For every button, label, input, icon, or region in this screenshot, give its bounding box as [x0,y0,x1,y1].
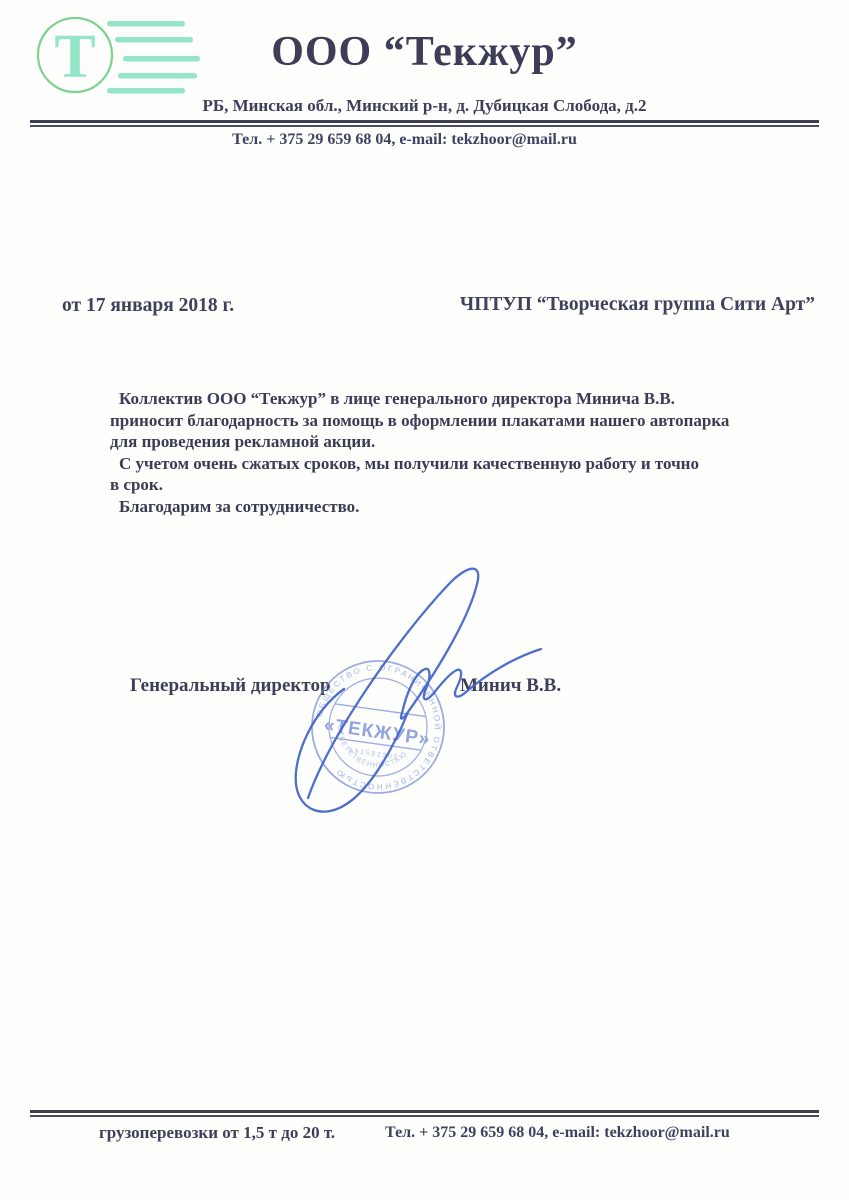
signatory-position: Генеральный директор [130,675,331,697]
letter-body: Коллектив ООО “Текжур” в лице генерально… [110,388,816,517]
header-divider [30,120,819,127]
stamp-number: 691582305 [349,747,400,761]
stamp-inner-arc-text: ОТВЕТСТВЕННОСТЬЮ [331,724,412,773]
footer-contact: Тел. + 375 29 659 68 04, e-mail: tekzhoo… [385,1124,730,1142]
footer-divider [30,1110,819,1117]
scanned-letter-page: Т ООО “Текжур” РБ, Минская обл., Минский… [0,0,849,1200]
letter-paragraph: Благодарим за сотрудничество. [110,496,816,518]
letter-paragraph: Коллектив ООО “Текжур” в лице генерально… [110,388,816,453]
signatory-name: Минич В.В. [460,675,561,697]
company-contact: Тел. + 375 29 659 68 04, e-mail: tekzhoo… [0,131,809,149]
stamp-company-name: «ТЕКЖУР» [323,715,432,751]
company-address: РБ, Минская обл., Минский р-н, д. Дубицк… [0,96,849,116]
letter-recipient: ЧПТУП “Творческая группа Сити Арт” [460,294,815,316]
letter-date: от 17 января 2018 г. [62,295,234,317]
footer-services: грузоперевозки от 1,5 т до 20 т. [99,1123,335,1143]
letter-paragraph: С учетом очень сжатых сроков, мы получил… [110,453,816,496]
company-name: ООО “Текжур” [0,28,849,76]
